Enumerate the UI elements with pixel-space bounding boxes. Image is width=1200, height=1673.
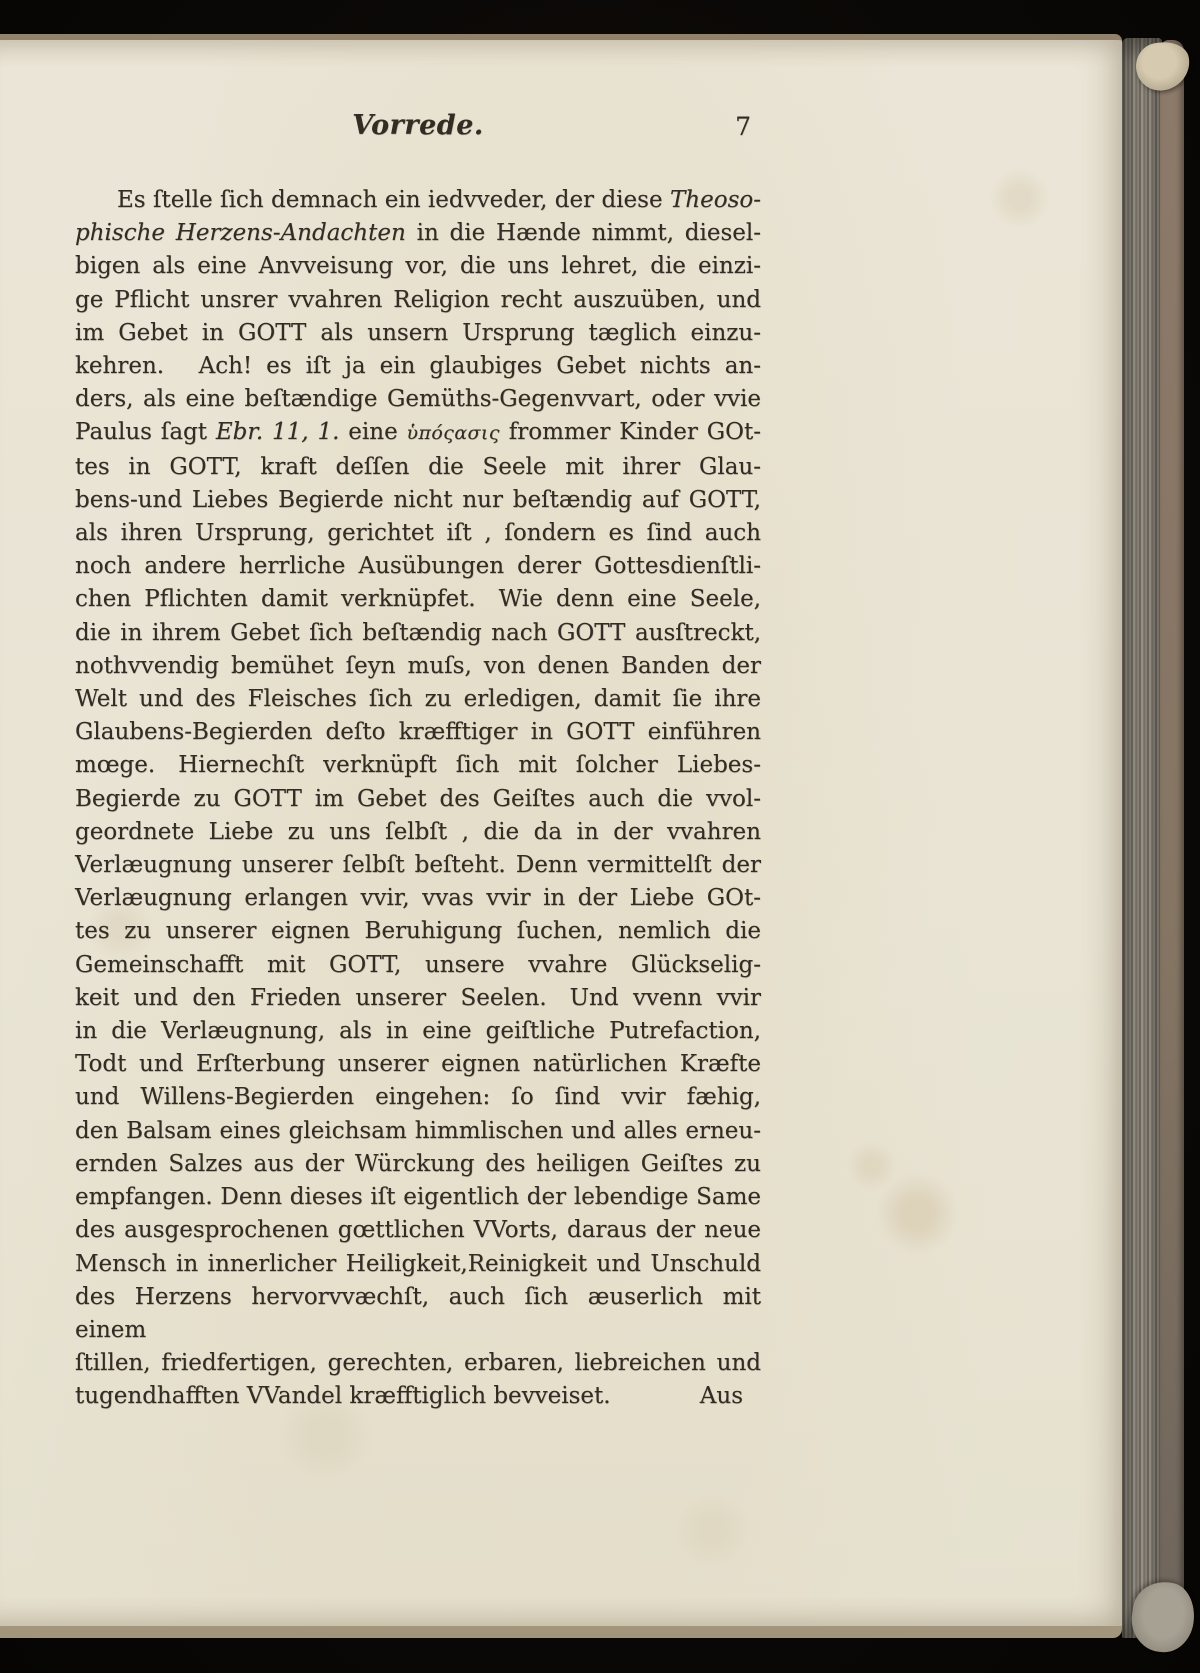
text-segment: Welt und des Fleisches ſich zu erledigen…	[75, 686, 761, 712]
text-segment: Es ſtelle ſich demnach ein iedvveder, de…	[117, 187, 670, 213]
text-line: des Herzens hervorvvæchſt, auch ſich æus…	[75, 1281, 761, 1347]
text-line: Todt und Erſterbung unserer eignen natür…	[75, 1048, 761, 1081]
body-text: Es ſtelle ſich demnach ein iedvveder, de…	[75, 184, 761, 1414]
text-line: Paulus ſagt Ebr. 11, 1. eine ὑπόςασις fr…	[75, 416, 761, 450]
catchword: Aus	[700, 1380, 743, 1413]
italic-text: Ebr. 11, 1.	[216, 419, 340, 445]
text-line: ernden Salzes aus der Würckung des heili…	[75, 1148, 761, 1181]
page-number: 7	[735, 112, 751, 141]
text-segment: ernden Salzes aus der Würckung des heili…	[75, 1151, 761, 1177]
text-segment: im Gebet in GOTT als unsern Ursprung tæg…	[75, 320, 761, 346]
printed-text-area: Vorrede. 7 Es ſtelle ſich demnach ein ie…	[75, 108, 761, 1414]
book-cover-edge	[1160, 40, 1184, 1644]
text-line: ſtillen, friedfertigen, gerechten, erbar…	[75, 1347, 761, 1380]
text-segment: kehren. Ach! es iſt ja ein glaubiges Geb…	[75, 353, 761, 379]
book-page: Vorrede. 7 Es ſtelle ſich demnach ein ie…	[0, 34, 1122, 1638]
text-segment: empfangen. Denn dieses iſt eigentlich de…	[75, 1184, 761, 1210]
text-segment: bigen als eine Anvveisung vor, die uns l…	[75, 253, 761, 279]
text-segment: ſtillen, friedfertigen, gerechten, erbar…	[75, 1350, 761, 1376]
text-line: als ihren Ursprung, gerichtet iſt , ſond…	[75, 517, 761, 550]
text-segment: Verlæugnung erlangen vvir, vvas vvir in …	[75, 885, 761, 911]
text-segment: den Balsam eines gleichsam himmlischen u…	[75, 1118, 761, 1144]
text-segment: Mensch in innerlicher Heiligkeit,Reinigk…	[75, 1251, 761, 1277]
text-segment: Begierde zu GOTT im Gebet des Geiſtes au…	[75, 786, 761, 812]
text-line: tes in GOTT, kraft deſſen die Seele mit …	[75, 451, 761, 484]
text-segment: mœge. Hiernechſt verknüpft ſich mit ſolc…	[75, 752, 761, 778]
text-segment: und Willens-Begierden eingehen: ſo ſind …	[75, 1084, 761, 1110]
text-line: chen Pflichten damit verknüpfet. Wie den…	[75, 583, 761, 616]
text-segment: frommer Kinder GOt-	[500, 419, 761, 445]
text-segment: Todt und Erſterbung unserer eignen natür…	[75, 1051, 761, 1077]
text-segment: noch andere herrliche Ausübungen derer G…	[75, 553, 761, 579]
text-segment: nothvvendig bemühet ſeyn muſs, von denen…	[75, 653, 761, 679]
text-line: im Gebet in GOTT als unsern Ursprung tæg…	[75, 317, 761, 350]
text-line: in die Verlæugnung, als in eine geiſtlic…	[75, 1015, 761, 1048]
text-line: Gemeinschafft mit GOTT, unsere vvahre Gl…	[75, 949, 761, 982]
text-line: phische Herzens-Andachten in die Hænde n…	[75, 217, 761, 250]
text-line: und Willens-Begierden eingehen: ſo ſind …	[75, 1081, 761, 1114]
text-line: tes zu unserer eignen Beruhigung ſuchen,…	[75, 915, 761, 948]
text-line: empfangen. Denn dieses iſt eigentlich de…	[75, 1181, 761, 1214]
italic-text: Theoso-	[670, 187, 761, 213]
text-segment: ders, als eine beſtændige Gemüths-Gegenv…	[75, 386, 761, 412]
text-segment: in die Hænde nimmt, diesel-	[406, 220, 761, 246]
text-segment: ge Pflicht unsrer vvahren Religion recht…	[75, 287, 761, 313]
text-line: Verlæugnung unserer ſelbſt beſteht. Denn…	[75, 849, 761, 882]
text-line: geordnete Liebe zu uns ſelbſt , die da i…	[75, 816, 761, 849]
text-line: mœge. Hiernechſt verknüpft ſich mit ſolc…	[75, 749, 761, 782]
page-header: Vorrede. 7	[75, 108, 761, 184]
text-line: des ausgesprochenen gœttlichen VVorts, d…	[75, 1214, 761, 1247]
running-header-title: Vorrede.	[75, 108, 761, 141]
text-segment: tugendhafften VVandel kræfftiglich bevve…	[75, 1383, 611, 1409]
text-line: tugendhafften VVandel kræfftiglich bevve…	[75, 1380, 761, 1413]
text-segment: des ausgesprochenen gœttlichen VVorts, d…	[75, 1217, 761, 1243]
text-line: noch andere herrliche Ausübungen derer G…	[75, 550, 761, 583]
text-line: den Balsam eines gleichsam himmlischen u…	[75, 1115, 761, 1148]
text-segment: eine	[339, 419, 406, 445]
text-line: Verlæugnung erlangen vvir, vvas vvir in …	[75, 882, 761, 915]
text-segment: Gemeinschafft mit GOTT, unsere vvahre Gl…	[75, 952, 761, 978]
text-line: Mensch in innerlicher Heiligkeit,Reinigk…	[75, 1248, 761, 1281]
text-line: die in ihrem Gebet ſich beſtændig nach G…	[75, 617, 761, 650]
text-segment: die in ihrem Gebet ſich beſtændig nach G…	[75, 620, 761, 646]
text-segment: keit und den Frieden unserer Seelen. Und…	[75, 985, 761, 1011]
text-segment: als ihren Ursprung, gerichtet iſt , ſond…	[75, 520, 761, 546]
greek-term: ὑπόςασις	[407, 422, 500, 444]
text-segment: bens-und Liebes Begierde nicht nur beſtæ…	[75, 487, 761, 513]
text-line: kehren. Ach! es iſt ja ein glaubiges Geb…	[75, 350, 761, 383]
text-line: Es ſtelle ſich demnach ein iedvveder, de…	[75, 184, 761, 217]
text-segment: chen Pflichten damit verknüpfet. Wie den…	[75, 586, 761, 612]
text-line: bigen als eine Anvveisung vor, die uns l…	[75, 250, 761, 283]
text-segment: Glaubens-Begierden deſto kræfftiger in G…	[75, 719, 761, 745]
text-line: Begierde zu GOTT im Gebet des Geiſtes au…	[75, 783, 761, 816]
text-segment: geordnete Liebe zu uns ſelbſt , die da i…	[75, 819, 761, 845]
text-segment: Paulus ſagt	[75, 419, 216, 445]
text-line: Welt und des Fleisches ſich zu erledigen…	[75, 683, 761, 716]
text-segment: des Herzens hervorvvæchſt, auch ſich æus…	[75, 1284, 761, 1343]
text-segment: tes zu unserer eignen Beruhigung ſuchen,…	[75, 918, 761, 944]
text-line: ge Pflicht unsrer vvahren Religion recht…	[75, 284, 761, 317]
italic-text: phische Herzens-Andachten	[75, 220, 406, 246]
text-line: nothvvendig bemühet ſeyn muſs, von denen…	[75, 650, 761, 683]
book-fore-edge	[1122, 38, 1162, 1638]
text-segment: Verlæugnung unserer ſelbſt beſteht. Denn…	[75, 852, 761, 878]
text-line: Glaubens-Begierden deſto kræfftiger in G…	[75, 716, 761, 749]
text-line: bens-und Liebes Begierde nicht nur beſtæ…	[75, 484, 761, 517]
text-line: keit und den Frieden unserer Seelen. Und…	[75, 982, 761, 1015]
text-segment: tes in GOTT, kraft deſſen die Seele mit …	[75, 454, 761, 480]
text-line: ders, als eine beſtændige Gemüths-Gegenv…	[75, 383, 761, 416]
text-segment: in die Verlæugnung, als in eine geiſtlic…	[75, 1018, 761, 1044]
